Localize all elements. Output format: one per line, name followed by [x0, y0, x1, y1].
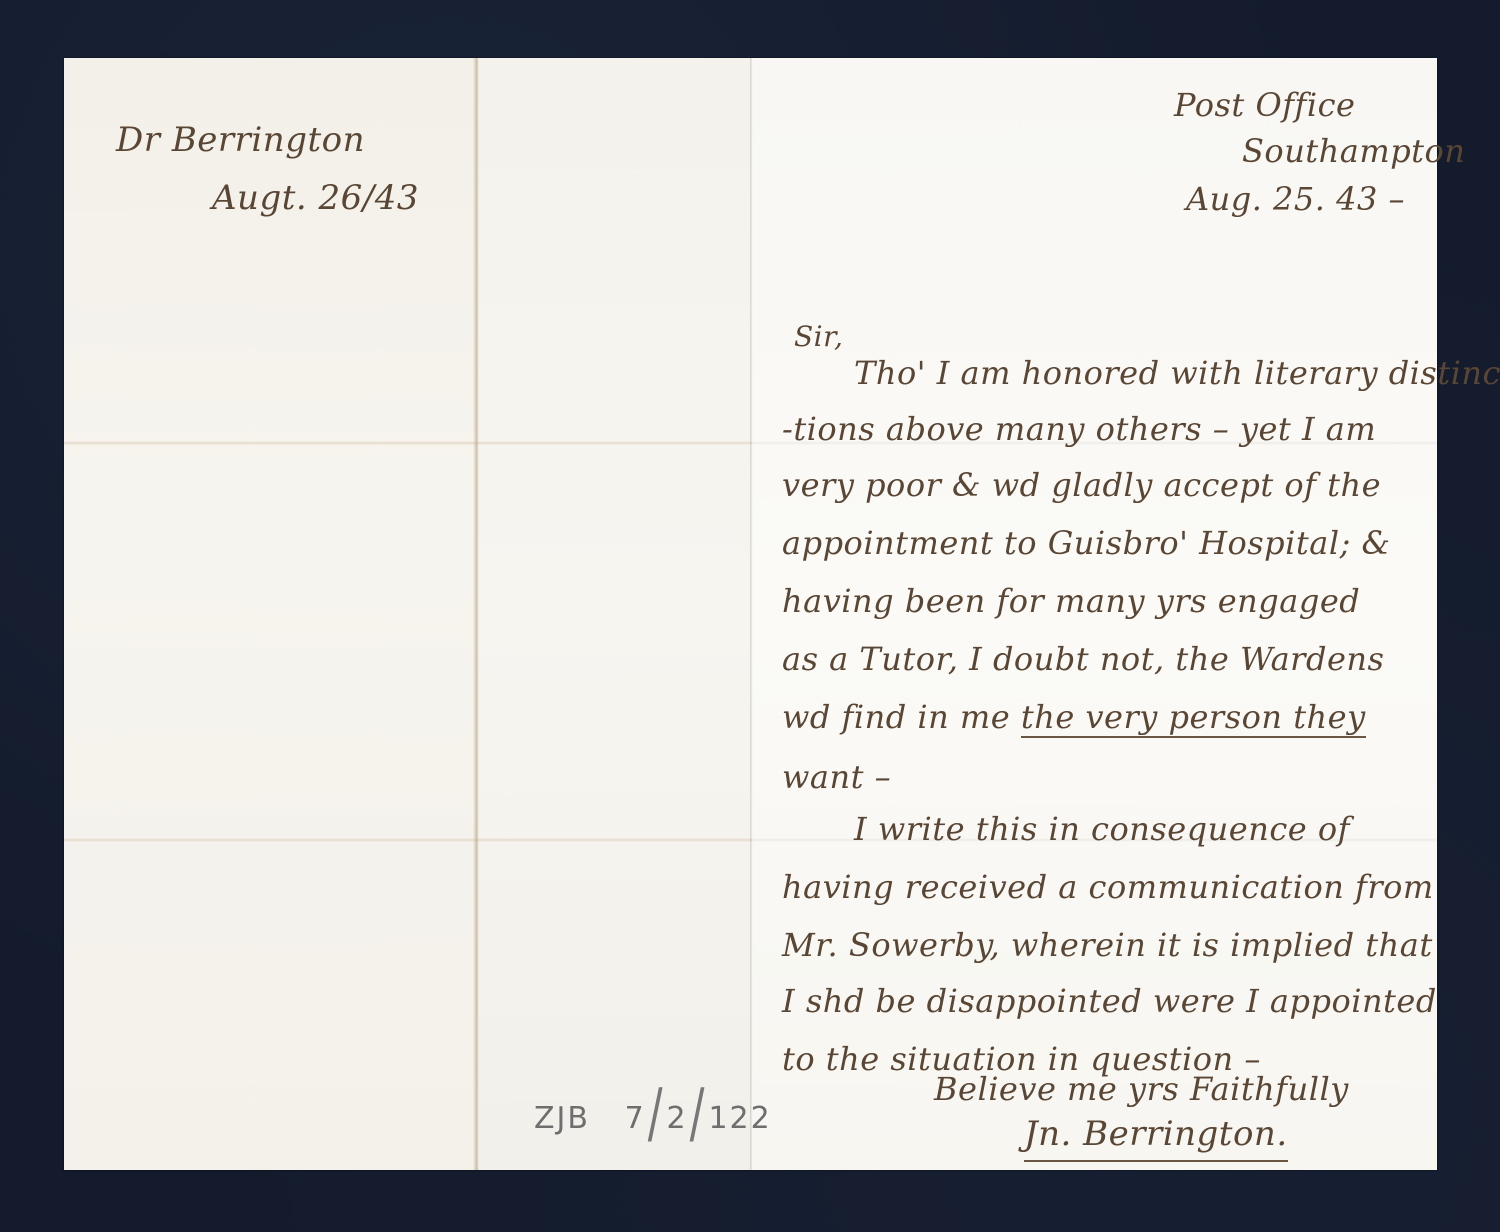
body-line: I shd be disappointed were I appointed — [782, 982, 1437, 1020]
letter-sheet: Dr Berrington Augt. 26/43 Post Office So… — [64, 58, 1437, 1170]
archive-prefix: ZJB — [534, 1101, 590, 1136]
body-line: Mr. Sowerby, wherein it is implied that — [782, 926, 1433, 964]
closing: Believe me yrs Faithfully — [934, 1070, 1349, 1108]
signature: Jn. Berrington. — [1024, 1114, 1288, 1162]
docket-date: Augt. 26/43 — [212, 178, 419, 218]
body-line: want – — [782, 758, 891, 796]
middle-panel — [476, 58, 752, 1170]
body-line: having been for many yrs engaged — [782, 582, 1360, 620]
archive-part-2: 2 — [667, 1101, 688, 1136]
slash-divider: / — [648, 1075, 665, 1152]
body-line: Tho' I am honored with literary distinc- — [854, 354, 1500, 392]
horizontal-fold-lower — [64, 838, 752, 842]
body-line: -tions above many others – yet I am — [782, 410, 1376, 448]
body-line: very poor & wd gladly accept of the — [782, 466, 1381, 504]
body-line-text: wd find in me — [782, 698, 1010, 736]
slash-divider: / — [690, 1075, 707, 1152]
salutation: Sir, — [794, 320, 843, 353]
address-line-2: Southampton — [1242, 132, 1465, 170]
underlined-emphasis: the very person they — [1021, 698, 1366, 738]
archive-part-1: 7 — [625, 1101, 646, 1136]
vertical-fold-crease — [473, 58, 479, 1170]
left-panel-docket — [64, 58, 476, 1170]
archive-part-3: 122 — [708, 1101, 771, 1136]
body-line: as a Tutor, I doubt not, the Wardens — [782, 640, 1384, 678]
letter-date: Aug. 25. 43 – — [1186, 180, 1405, 218]
body-line: wd find in me the very person they — [782, 698, 1366, 736]
address-line-1: Post Office — [1174, 86, 1355, 124]
horizontal-fold-upper — [64, 441, 752, 445]
body-line: appointment to Guisbro' Hospital; & — [782, 524, 1391, 562]
sheet-edge-crease — [750, 58, 753, 1170]
archive-reference: ZJB 7/2/122 — [534, 1088, 772, 1139]
docket-name: Dr Berrington — [116, 120, 365, 160]
body-line: having received a communication from — [782, 868, 1434, 906]
body-line: I write this in consequence of — [854, 810, 1350, 848]
